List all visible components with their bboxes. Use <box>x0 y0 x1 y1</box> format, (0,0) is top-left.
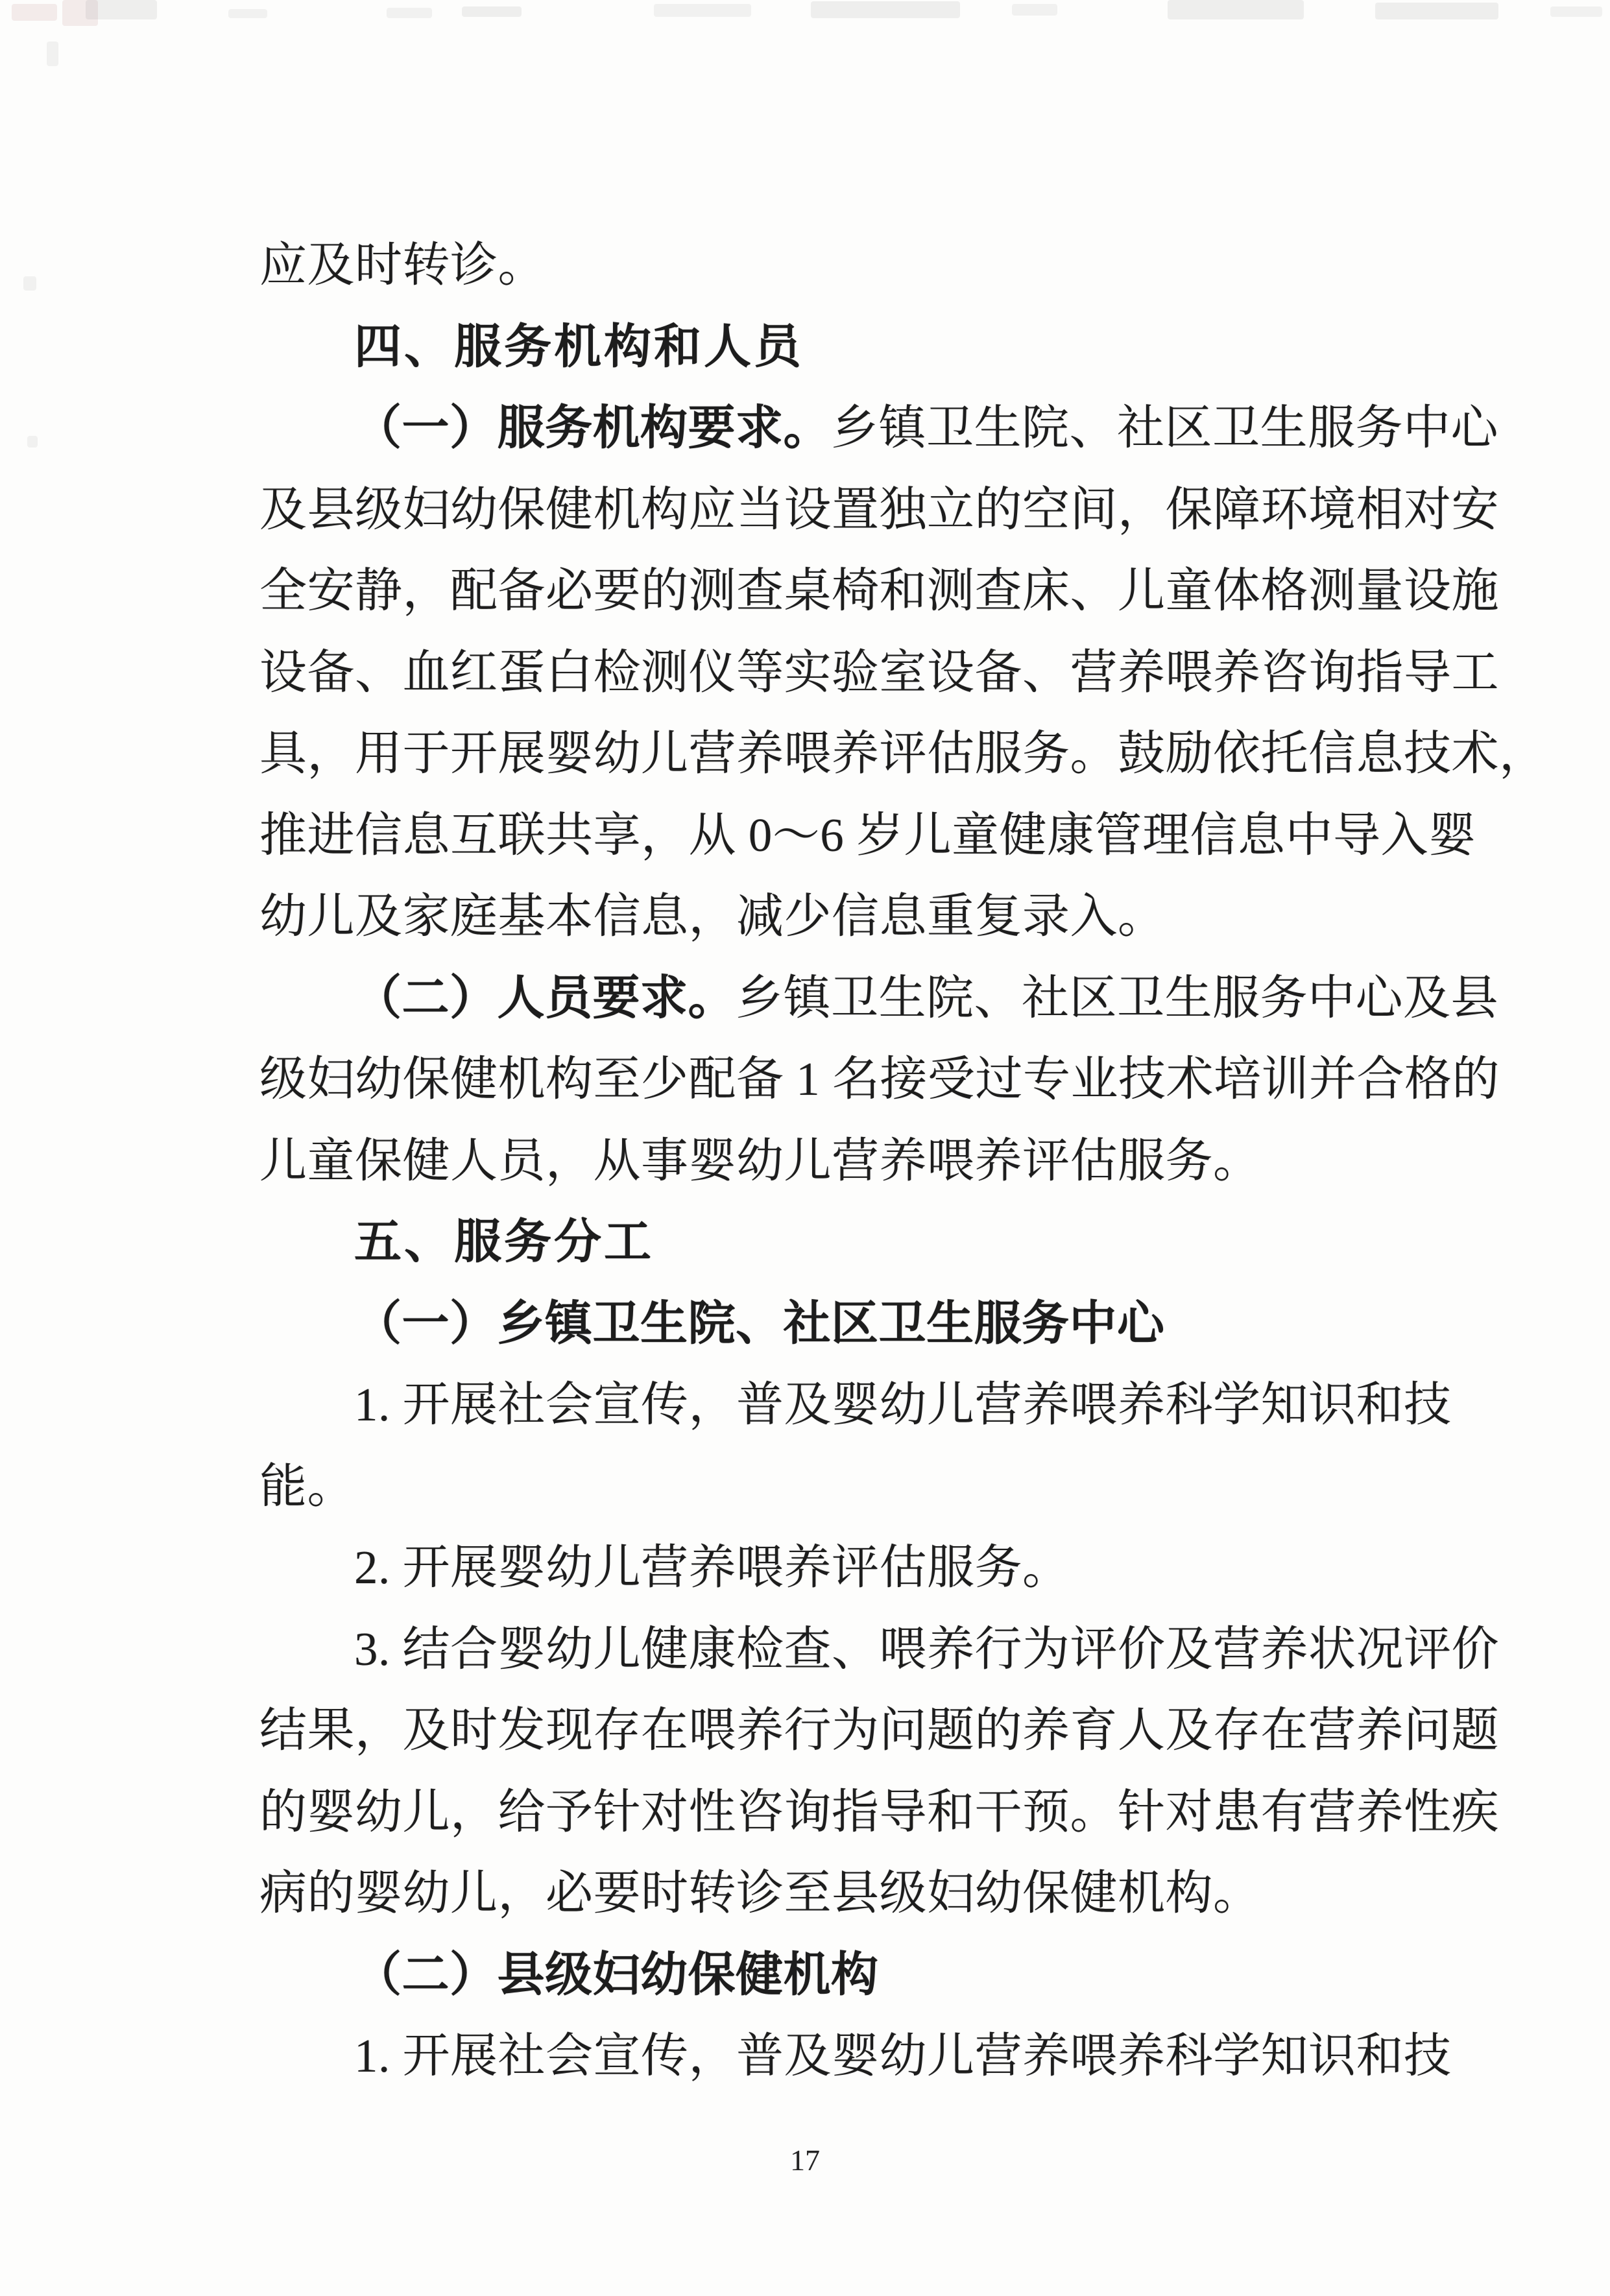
list-item-line: 3. 结合婴幼儿健康检查、喂养行为评价及营养状况评价 <box>259 1608 1401 1690</box>
line-text: （二）县级妇幼保健机构 <box>354 1948 879 2001</box>
scan-artifact <box>47 42 58 66</box>
line-text: 全安静，配备必要的测查桌椅和测查床、儿童体格测量设施 <box>259 564 1499 617</box>
section-heading-4: 四、服务机构和人员 <box>259 306 1401 388</box>
page-number: 17 <box>0 2139 1610 2182</box>
paragraph-line: （一）服务机构要求。乡镇卫生院、社区卫生服务中心 <box>259 387 1401 469</box>
scan-artifact <box>387 8 432 18</box>
scan-artifact <box>1550 6 1602 17</box>
paragraph-line: 全安静，配备必要的测查桌椅和测查床、儿童体格测量设施 <box>259 550 1401 632</box>
line-text: 五、服务分工 <box>354 1215 654 1268</box>
line-text: 能。 <box>259 1460 355 1513</box>
scan-artifact <box>27 436 38 448</box>
line-text: 病的婴幼儿，必要时转诊至县级妇幼保健机构。 <box>259 1867 1261 1919</box>
line-text: 乡镇卫生院、社区卫生服务中心及县 <box>736 972 1498 1024</box>
list-item-line: 1. 开展社会宣传，普及婴幼儿营养喂养科学知识和技 <box>259 2015 1401 2097</box>
line-text: 1. 开展社会宣传，普及婴幼儿营养喂养科学知识和技 <box>354 2029 1452 2082</box>
document-body: 应及时转诊。 四、服务机构和人员 （一）服务机构要求。乡镇卫生院、社区卫生服务中… <box>259 224 1401 2097</box>
paragraph-line: 推进信息互联共享，从 0～6 岁儿童健康管理信息中导入婴 <box>259 795 1401 876</box>
scan-artifact <box>1168 0 1304 19</box>
line-text: 幼儿及家庭基本信息，减少信息重复录入。 <box>259 890 1166 942</box>
paragraph-line: 结果，及时发现存在喂养行为问题的养育人及存在营养问题 <box>259 1690 1401 1771</box>
paragraph-line: 级妇幼保健机构至少配备 1 名接受过专业技术培训并合格的 <box>259 1038 1401 1120</box>
paragraph-line: 具，用于开展婴幼儿营养喂养评估服务。鼓励依托信息技术， <box>259 713 1401 795</box>
scan-artifact <box>1012 4 1057 16</box>
scan-artifact <box>1375 3 1498 19</box>
paragraph-line: 病的婴幼儿，必要时转诊至县级妇幼保健机构。 <box>259 1852 1401 1934</box>
line-text: 具，用于开展婴幼儿营养喂养评估服务。鼓励依托信息技术， <box>259 727 1547 780</box>
line-text: 1. 开展社会宣传，普及婴幼儿营养喂养科学知识和技 <box>354 1378 1452 1431</box>
scan-artifact <box>62 0 98 26</box>
scan-artifact <box>23 276 36 291</box>
scan-artifact <box>86 0 157 19</box>
scan-artifact <box>12 4 57 21</box>
line-text: 应及时转诊。 <box>259 239 546 291</box>
section-heading-5: 五、服务分工 <box>259 1201 1401 1283</box>
paragraph-line: 能。 <box>259 1446 1401 1527</box>
bold-lead: （一）服务机构要求。 <box>354 401 831 454</box>
line-text: 儿童保健人员，从事婴幼儿营养喂养评估服务。 <box>259 1134 1261 1187</box>
line-text: （一）乡镇卫生院、社区卫生服务中心 <box>354 1297 1165 1350</box>
list-item-line: 1. 开展社会宣传，普及婴幼儿营养喂养科学知识和技 <box>259 1364 1401 1446</box>
scan-artifact <box>228 9 267 18</box>
line-text: 3. 结合婴幼儿健康检查、喂养行为评价及营养状况评价 <box>354 1623 1499 1675</box>
paragraph-line: 幼儿及家庭基本信息，减少信息重复录入。 <box>259 876 1401 957</box>
line-text: 结果，及时发现存在喂养行为问题的养育人及存在营养问题 <box>259 1704 1499 1756</box>
line-text: 设备、血红蛋白检测仪等实验室设备、营养喂养咨询指导工 <box>259 646 1499 699</box>
scan-artifact <box>654 4 751 17</box>
paragraph-line: 及县级妇幼保健机构应当设置独立的空间，保障环境相对安 <box>259 469 1401 551</box>
paragraph-line: 儿童保健人员，从事婴幼儿营养喂养评估服务。 <box>259 1120 1401 1202</box>
line-text: 推进信息互联共享，从 0～6 岁儿童健康管理信息中导入婴 <box>259 809 1476 861</box>
line-text: 2. 开展婴幼儿营养喂养评估服务。 <box>354 1541 1070 1594</box>
paragraph-line: （二）人员要求。乡镇卫生院、社区卫生服务中心及县 <box>259 957 1401 1039</box>
document-page: 应及时转诊。 四、服务机构和人员 （一）服务机构要求。乡镇卫生院、社区卫生服务中… <box>0 0 1610 2296</box>
line-text: 及县级妇幼保健机构应当设置独立的空间，保障环境相对安 <box>259 483 1499 536</box>
paragraph-line: 的婴幼儿，给予针对性咨询指导和干预。针对患有营养性疾 <box>259 1771 1401 1853</box>
paragraph-line: 设备、血红蛋白检测仪等实验室设备、营养喂养咨询指导工 <box>259 632 1401 713</box>
subsection-heading-1: （一）乡镇卫生院、社区卫生服务中心 <box>259 1283 1401 1365</box>
list-item-line: 2. 开展婴幼儿营养喂养评估服务。 <box>259 1527 1401 1608</box>
line-text: 级妇幼保健机构至少配备 1 名接受过专业技术培训并合格的 <box>259 1053 1500 1105</box>
subsection-heading-2: （二）县级妇幼保健机构 <box>259 1934 1401 2016</box>
line-text: 的婴幼儿，给予针对性咨询指导和干预。针对患有营养性疾 <box>259 1786 1499 1838</box>
scan-artifact <box>811 1 960 18</box>
line-text: 四、服务机构和人员 <box>354 320 804 373</box>
scan-artifact <box>462 6 522 17</box>
bold-lead: （二）人员要求。 <box>354 972 736 1024</box>
paragraph-line: 应及时转诊。 <box>259 224 1401 306</box>
line-text: 乡镇卫生院、社区卫生服务中心 <box>831 401 1498 454</box>
